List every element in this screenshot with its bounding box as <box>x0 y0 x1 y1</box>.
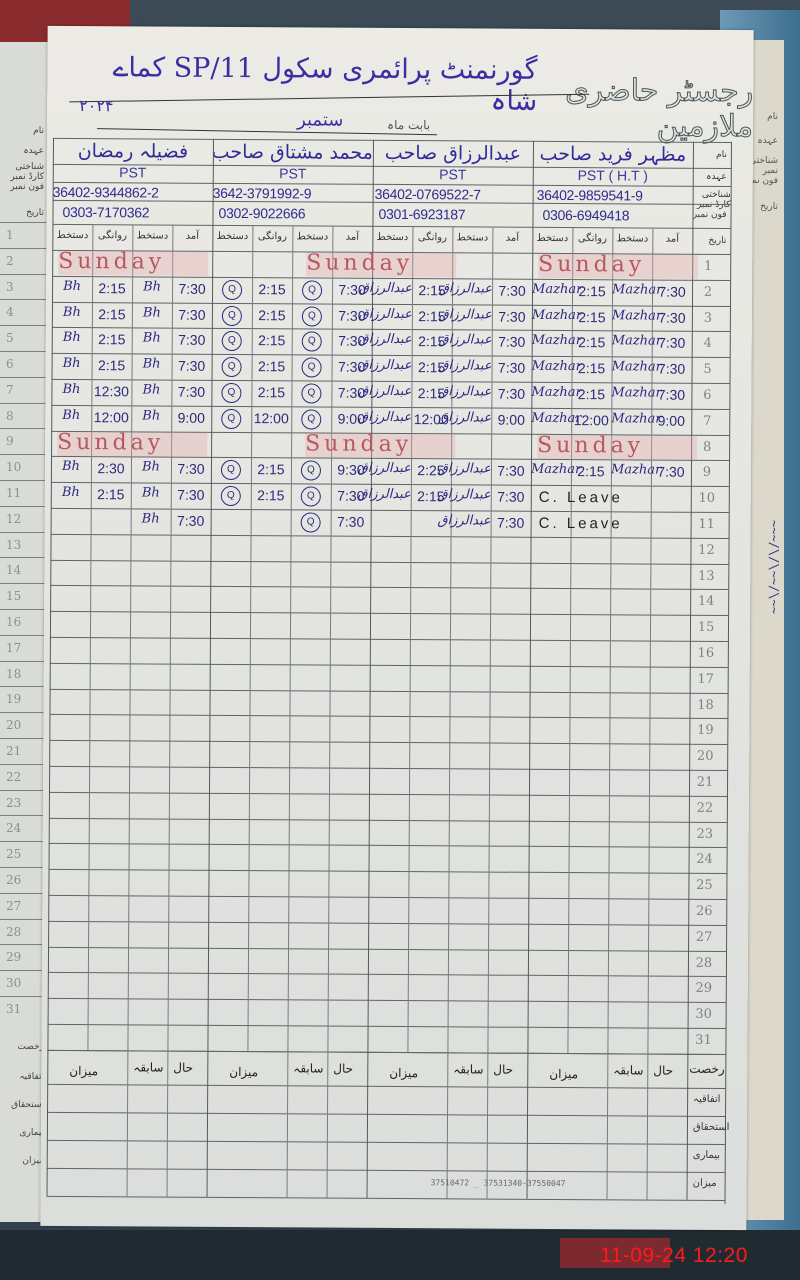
label-name: نام <box>693 150 727 160</box>
teacher-designation-3: PST <box>213 165 373 182</box>
arrival-signature: Mazhar <box>612 308 652 323</box>
summary-rule <box>47 1168 725 1173</box>
summary-col-current: حال <box>493 1062 513 1076</box>
left-label-sick: بیماری <box>4 1128 44 1138</box>
day-number: 18 <box>685 697 725 712</box>
left-page-day-number: 28 <box>6 925 21 939</box>
arrival-signature: Q <box>302 280 322 300</box>
day-number: 28 <box>684 955 724 970</box>
arrival-time: 7:30 <box>491 515 531 531</box>
day-number: 10 <box>687 491 727 506</box>
departure-time: 2:15 <box>412 333 452 349</box>
departure-time: 12:30 <box>91 383 131 399</box>
departure-signature: عبدالرزاق <box>372 332 412 347</box>
sunday-marker: Sunday <box>538 254 698 279</box>
arrival-time: 9:00 <box>331 410 371 426</box>
left-page-day-number: 5 <box>6 331 14 345</box>
left-page-rule <box>0 222 52 223</box>
arrival-signature: Mazhar <box>611 463 651 478</box>
departure-signature: Mazhar <box>531 385 571 400</box>
left-page-rule <box>0 325 52 326</box>
teacher-divider <box>207 139 214 1051</box>
day-number: 6 <box>687 388 727 403</box>
column-header-signature: دستخط <box>372 232 412 243</box>
departure-time: 2:25 <box>411 462 451 478</box>
departure-time: 2:15 <box>252 281 292 297</box>
departure-signature: Bh <box>51 408 91 423</box>
departure-time: 2:15 <box>252 358 292 374</box>
arrival-signature: عبدالرزاق <box>451 462 491 477</box>
sunday-marker: Sunday <box>306 252 456 277</box>
departure-signature: عبدالرزاق <box>371 487 411 502</box>
summary-divider <box>687 1054 689 1200</box>
left-page-day-number: 3 <box>6 280 14 294</box>
arrival-signature: Bh <box>131 511 171 526</box>
arrival-signature: عبدالرزاق <box>452 333 492 348</box>
teacher-name-1: مظہر فرید صاحب <box>533 143 693 166</box>
summary-col-total: میزان <box>229 1065 258 1079</box>
teacher-cnic-3: 3642-3791992-9 <box>213 185 312 202</box>
month-underline <box>97 128 437 135</box>
camera-timestamp: 11-09-24 12:20 <box>600 1244 748 1268</box>
summary-divider <box>47 1050 49 1196</box>
arrival-signature: Mazhar <box>612 282 652 297</box>
left-page-day-number: 20 <box>6 718 21 732</box>
summary-col-current: حال <box>173 1060 193 1074</box>
day-row-rule <box>49 869 727 874</box>
summary-col-total: میزان <box>549 1067 578 1081</box>
summary-divider <box>487 1052 489 1198</box>
day-number: 20 <box>685 749 725 764</box>
left-page-day-number: 29 <box>6 950 21 964</box>
arrival-signature: Q <box>301 409 321 429</box>
arrival-time: 7:30 <box>491 489 531 505</box>
summary-divider <box>287 1051 289 1197</box>
register-year: ۲۰۲۴ <box>79 96 113 115</box>
left-page-day-number: 24 <box>6 821 21 835</box>
left-page-rule <box>0 299 52 300</box>
right-label-name: نام <box>767 112 778 122</box>
left-page-day-number: 6 <box>6 357 14 371</box>
left-page-day-number: 8 <box>6 409 14 423</box>
column-header-arrival: آمد <box>492 233 532 244</box>
left-page-rule <box>0 428 52 429</box>
arrival-time: 7:30 <box>491 386 531 402</box>
departure-signature: Q <box>222 331 242 351</box>
departure-time: 12:00 <box>411 411 451 427</box>
departure-time: 2:15 <box>251 384 291 400</box>
departure-signature: Bh <box>51 459 91 474</box>
column-header-departure: روانگی <box>572 233 612 244</box>
departure-signature: Mazhar <box>531 411 571 426</box>
day-row-rule <box>48 998 726 1003</box>
departure-signature: Q <box>221 383 241 403</box>
day-row-rule <box>48 895 726 900</box>
left-page-day-number: 16 <box>6 615 21 629</box>
day-row-rule <box>49 766 727 771</box>
left-page-day-number: 21 <box>6 744 21 758</box>
departure-signature: Q <box>222 306 242 326</box>
column-header-departure: روانگی <box>412 232 452 243</box>
arrival-time: 7:30 <box>492 282 532 298</box>
left-page-day-number: 31 <box>6 1002 21 1016</box>
arrival-time: 7:30 <box>171 513 211 529</box>
arrival-signature: Q <box>302 358 322 378</box>
day-number: 14 <box>686 594 726 609</box>
departure-time: 2:15 <box>91 486 131 502</box>
teacher-name-4: فضیلہ رمضان <box>53 140 213 163</box>
arrival-time: 7:30 <box>331 385 371 401</box>
column-header-arrival: آمد <box>652 234 692 245</box>
column-header-signature: دستخط <box>52 230 92 241</box>
arrival-time: 7:30 <box>492 360 532 376</box>
register-title: رجسٹر حاضری ملازمین <box>509 73 753 144</box>
handwritten-margin-note: ~~~/\/\~~/\~~ <box>757 520 781 1080</box>
arrival-signature: Q <box>301 383 321 403</box>
departure-time: 2:15 <box>251 461 291 477</box>
departure-signature: Mazhar <box>532 359 572 374</box>
arrival-signature: Mazhar <box>612 359 652 374</box>
day-number: 24 <box>685 852 725 867</box>
arrival-time: 7:30 <box>332 281 372 297</box>
departure-signature: Q <box>222 280 242 300</box>
summary-divider <box>447 1052 449 1198</box>
summary-rule <box>47 1140 725 1145</box>
departure-time: 2:15 <box>412 308 452 324</box>
arrival-signature: Mazhar <box>611 411 651 426</box>
arrival-signature: Bh <box>131 486 171 501</box>
summary-rule <box>47 1050 725 1055</box>
column-header-departure: روانگی <box>92 230 132 241</box>
day-row-rule <box>49 843 727 848</box>
summary-divider <box>367 1052 369 1198</box>
departure-signature: عبدالرزاق <box>371 410 411 425</box>
summary-row-label: بیماری <box>693 1150 720 1161</box>
departure-time: 2:15 <box>412 282 452 298</box>
arrival-time: 7:30 <box>172 358 212 374</box>
sunday-marker: Sunday <box>57 432 207 457</box>
day-number: 5 <box>688 362 728 377</box>
arrival-signature: Bh <box>132 357 172 372</box>
left-label-cnic: شناختی کارڈ نمبر <box>4 162 44 182</box>
departure-signature: Q <box>222 357 242 377</box>
left-page-day-number: 2 <box>6 254 14 268</box>
departure-signature: عبدالرزاق <box>372 306 412 321</box>
arrival-signature: عبدالرزاق <box>451 384 491 399</box>
summary-col-current: حال <box>653 1063 673 1077</box>
day-row-rule <box>51 534 729 539</box>
left-label-earned: استحقاق <box>4 1100 44 1110</box>
left-page-day-number: 11 <box>6 486 21 500</box>
left-page-day-number: 12 <box>6 512 21 526</box>
arrival-time: 9:00 <box>171 409 211 425</box>
arrival-signature: عبدالرزاق <box>451 488 491 503</box>
summary-divider <box>327 1051 329 1197</box>
left-page-rule <box>0 274 52 275</box>
departure-signature: عبدالرزاق <box>371 461 411 476</box>
right-label-date: تاریخ <box>760 202 778 212</box>
teacher-phone-3: 0302-9022666 <box>218 205 305 222</box>
departure-signature: Bh <box>52 279 92 294</box>
day-row-rule <box>48 972 726 977</box>
left-page-day-number: 23 <box>6 796 21 810</box>
left-label-name: نام <box>4 126 44 136</box>
sunday-marker: Sunday <box>537 434 697 459</box>
summary-col-previous: سابقہ <box>133 1060 163 1074</box>
day-row-rule <box>50 611 728 616</box>
departure-time: 2:15 <box>252 307 292 323</box>
left-page-day-number: 14 <box>6 563 21 577</box>
day-number: 15 <box>686 620 726 635</box>
day-number: 27 <box>684 930 724 945</box>
arrival-signature: Bh <box>132 279 172 294</box>
departure-time: 2:15 <box>92 332 132 348</box>
departure-signature: Q <box>221 409 241 429</box>
day-number: 2 <box>688 285 728 300</box>
summary-rule <box>47 1084 725 1089</box>
departure-time: 2:15 <box>251 487 291 503</box>
day-number: 22 <box>685 801 725 816</box>
label-phone: فون نمبر <box>692 210 726 220</box>
departure-time: 2:15 <box>412 359 452 375</box>
arrival-signature: Q <box>301 461 321 481</box>
summary-divider <box>527 1053 529 1199</box>
teacher-divider <box>47 138 54 1050</box>
leave-entry: C. Leave <box>539 515 623 533</box>
arrival-time: 7:30 <box>172 332 212 348</box>
arrival-signature: عبدالرزاق <box>451 410 491 425</box>
arrival-time: 9:00 <box>491 411 531 427</box>
arrival-signature: Bh <box>132 305 172 320</box>
summary-rule <box>47 1196 725 1201</box>
left-page-day-number: 19 <box>6 692 21 706</box>
day-number: 12 <box>686 543 726 558</box>
register-page: رجسٹر حاضری ملازمین گورنمنٹ پرائمری سکول… <box>40 26 753 1230</box>
left-label-total: میزان <box>4 1156 44 1166</box>
column-header-signature: دستخط <box>532 233 572 244</box>
column-header-signature: دستخط <box>132 230 172 241</box>
left-page-day-number: 27 <box>6 899 21 913</box>
column-header-departure: روانگی <box>252 231 292 242</box>
left-page-day-number: 9 <box>6 434 14 448</box>
printer-footer: 37510472 _ 37531340-37550047 <box>431 1178 566 1188</box>
summary-row-label: میزان <box>693 1178 717 1189</box>
departure-time: 2:15 <box>92 357 132 373</box>
summary-divider <box>167 1050 169 1196</box>
left-label-phone: فون نمبر <box>4 182 44 192</box>
left-page-day-number: 25 <box>6 847 21 861</box>
day-number: 31 <box>683 1033 723 1048</box>
column-header-signature: دستخط <box>292 231 332 242</box>
day-number: 19 <box>685 723 725 738</box>
day-number: 21 <box>685 775 725 790</box>
day-number: 9 <box>687 465 727 480</box>
departure-signature: Mazhar <box>531 462 571 477</box>
departure-signature: Bh <box>52 330 92 345</box>
day-number: 29 <box>684 981 724 996</box>
left-page-day-number: 30 <box>6 976 21 990</box>
departure-signature: Bh <box>51 382 91 397</box>
departure-signature: Q <box>221 486 241 506</box>
month-label: بابت ماہ <box>387 118 430 132</box>
arrival-signature: Mazhar <box>612 334 652 349</box>
departure-time: 12:00 <box>91 409 131 425</box>
left-page-day-number: 10 <box>6 460 21 474</box>
teacher-designation-2: PST <box>373 166 533 183</box>
left-page-day-number: 1 <box>6 228 14 242</box>
summary-divider <box>207 1051 209 1197</box>
day-number: 3 <box>688 310 728 325</box>
departure-signature: Q <box>221 460 241 480</box>
arrival-time: 7:30 <box>492 334 532 350</box>
left-page-rule <box>0 403 52 404</box>
departure-time: 12:00 <box>251 410 291 426</box>
day-number: 4 <box>688 336 728 351</box>
teacher-cnic-2: 36402-0769522-7 <box>375 186 481 203</box>
header-rule <box>52 224 730 229</box>
arrival-time: 7:30 <box>491 463 531 479</box>
label-cnic: شناختی کارڈ نمبر <box>693 190 731 210</box>
summary-rule <box>47 1112 725 1117</box>
arrival-signature: Bh <box>131 408 171 423</box>
departure-time: 2:15 <box>92 306 132 322</box>
departure-signature: عبدالرزاق <box>372 281 412 296</box>
left-page-day-number: 7 <box>6 383 14 397</box>
departure-signature: Mazhar <box>532 307 572 322</box>
summary-col-previous: سابقہ <box>293 1061 323 1075</box>
day-row-rule <box>48 921 726 926</box>
day-row-rule <box>49 714 727 719</box>
teacher-phone-4: 0303-7170362 <box>62 204 149 221</box>
arrival-time: 9:30 <box>331 462 371 478</box>
right-label-designation: عہدہ <box>757 136 778 146</box>
arrival-signature: عبدالرزاق <box>452 281 492 296</box>
arrival-time: 7:30 <box>331 488 371 504</box>
column-header-signature: دستخط <box>452 232 492 243</box>
day-number: 17 <box>686 672 726 687</box>
departure-signature: عبدالرزاق <box>372 358 412 373</box>
teacher-cnic-1: 36402-9859541-9 <box>537 187 643 204</box>
teacher-name-3: محمد مشتاق صاحب <box>213 141 373 164</box>
left-label-designation: عہدہ <box>4 146 44 156</box>
arrival-signature: Q <box>302 332 322 352</box>
label-designation: عہدہ <box>693 172 727 182</box>
arrival-signature: Q <box>301 487 321 507</box>
teacher-designation-1: PST ( H.T ) <box>533 167 693 184</box>
departure-signature: Bh <box>51 485 91 500</box>
summary-col-total: میزان <box>389 1066 418 1080</box>
left-page-day-number: 26 <box>6 873 21 887</box>
sunday-marker: Sunday <box>58 251 208 276</box>
day-row-rule <box>50 585 728 590</box>
departure-signature: Bh <box>52 356 92 371</box>
left-page-day-number: 13 <box>6 538 21 552</box>
arrival-signature: عبدالرزاق <box>452 359 492 374</box>
departure-time: 2:15 <box>411 385 451 401</box>
arrival-time: 7:30 <box>331 514 371 530</box>
day-row-rule <box>50 637 728 642</box>
day-row-rule <box>48 1024 726 1029</box>
arrival-time: 7:30 <box>332 359 372 375</box>
arrival-signature: عبدالرزاق <box>452 307 492 322</box>
departure-signature: Bh <box>52 304 92 319</box>
teacher-designation-4: PST <box>53 164 213 181</box>
arrival-signature: عبدالرزاق <box>451 513 491 528</box>
day-row-rule <box>49 740 727 745</box>
day-number: 11 <box>687 517 727 532</box>
month-value: ستمبر <box>297 109 343 130</box>
left-page-day-number: 4 <box>6 305 14 319</box>
arrival-time: 7:30 <box>171 461 211 477</box>
left-page-day-number: 17 <box>6 641 21 655</box>
day-row-rule <box>50 663 728 668</box>
departure-signature: Mazhar <box>532 333 572 348</box>
departure-time: 2:15 <box>411 488 451 504</box>
teacher-phone-1: 0306-6949418 <box>542 207 629 224</box>
departure-signature: عبدالرزاق <box>371 384 411 399</box>
column-header-arrival: آمد <box>332 232 372 243</box>
departure-time: 2:30 <box>91 461 131 477</box>
summary-header-leave: رخصت <box>689 1062 724 1076</box>
day-number: 13 <box>686 568 726 583</box>
day-number: 26 <box>684 904 724 919</box>
day-row-rule <box>49 817 727 822</box>
summary-col-previous: سابقہ <box>613 1063 643 1077</box>
day-number: 30 <box>684 1007 724 1022</box>
left-label-date: تاریخ <box>4 208 44 218</box>
day-number: 25 <box>684 878 724 893</box>
summary-divider <box>127 1050 129 1196</box>
arrival-time: 7:30 <box>171 487 211 503</box>
column-header-signature: دستخط <box>212 231 252 242</box>
arrival-signature: Q <box>301 512 321 532</box>
day-row-rule <box>50 559 728 564</box>
summary-divider <box>647 1053 649 1199</box>
arrival-time: 7:30 <box>172 306 212 322</box>
teacher-cnic-4: 36402-9344862-2 <box>53 184 159 201</box>
arrival-time: 7:30 <box>332 307 372 323</box>
column-header-arrival: آمد <box>172 231 212 242</box>
arrival-signature: Bh <box>131 382 171 397</box>
arrival-time: 7:30 <box>332 333 372 349</box>
school-name: گورنمنٹ پرائمری سکول 11/SP کماے شاہ <box>77 52 537 117</box>
left-page-day-number: 18 <box>6 667 21 681</box>
left-page-day-number: 15 <box>6 589 21 603</box>
left-label-casual: اتفاقیہ <box>4 1072 44 1082</box>
sunday-marker: Sunday <box>305 433 455 458</box>
summary-col-total: میزان <box>69 1064 98 1078</box>
leave-entry: C. Leave <box>539 489 623 507</box>
departure-time: 2:15 <box>252 332 292 348</box>
arrival-signature: Bh <box>131 460 171 475</box>
teacher-phone-2: 0301-6923187 <box>378 206 465 223</box>
teacher-name-2: عبدالرزاق صاحب <box>373 142 533 165</box>
day-row-rule <box>50 688 728 693</box>
summary-col-current: حال <box>333 1061 353 1075</box>
left-page-rule <box>0 248 52 249</box>
day-number: 16 <box>686 646 726 661</box>
left-page-day-number: 22 <box>6 770 21 784</box>
left-page-rule <box>0 351 52 352</box>
column-header-signature: دستخط <box>612 233 652 244</box>
arrival-signature: Q <box>302 306 322 326</box>
left-page-rule <box>0 377 52 378</box>
summary-row-label: اتفاقیہ <box>693 1094 720 1105</box>
day-number: 7 <box>687 414 727 429</box>
arrival-time: 7:30 <box>171 384 211 400</box>
day-number: 23 <box>685 826 725 841</box>
summary-col-previous: سابقہ <box>453 1062 483 1076</box>
